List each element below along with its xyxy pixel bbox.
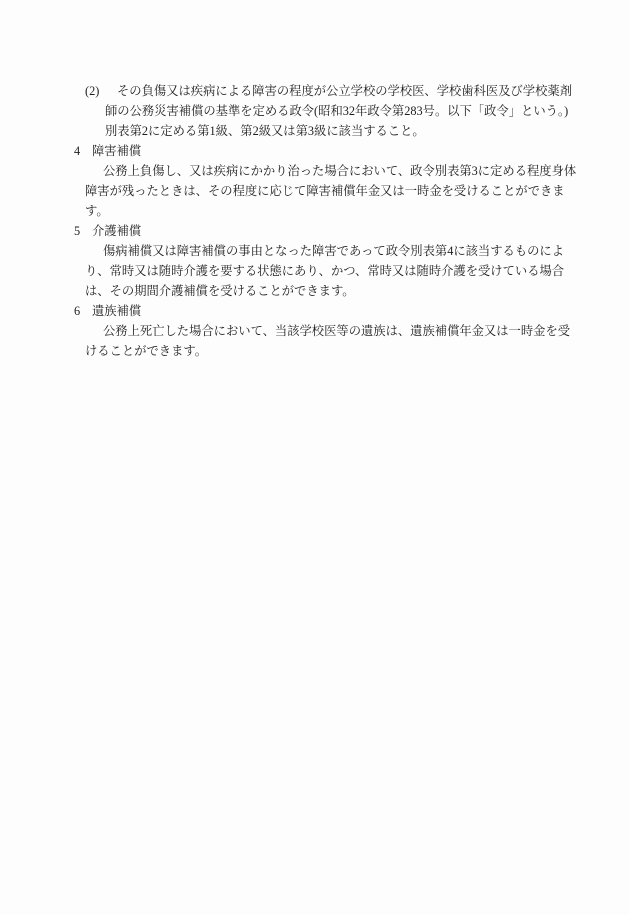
section-6-number: 6 <box>74 301 92 321</box>
section-4-title: 障害補償 <box>92 144 141 158</box>
section-4-number: 4 <box>74 141 92 161</box>
section-4-body: 公務上負傷し、又は疾病にかかり治った場合において、政令別表第3に定める程度身体 <box>0 161 630 181</box>
clause-2-text: 別表第2に定める第1級、第2級又は第3級に該当すること。 <box>0 121 630 141</box>
section-4-body: す。 <box>0 201 630 221</box>
section-5-body: り、常時又は随時介護を要する状態にあり、かつ、常時又は随時介護を受けている場合 <box>0 261 630 281</box>
section-5-body: 傷病補償又は障害補償の事由となった障害であって政令別表第4に該当するものによ <box>0 241 630 261</box>
section-4-heading: 4障害補償 <box>0 141 630 161</box>
section-4-body: 障害が残ったときは、その程度に応じて障害補償年金又は一時金を受けることができま <box>0 181 630 201</box>
section-6-title: 遺族補償 <box>92 304 141 318</box>
clause-2-marker: (2) <box>85 81 117 101</box>
section-5-number: 5 <box>74 221 92 241</box>
section-6-body: 公務上死亡した場合において、当該学校医等の遺族は、遺族補償年金又は一時金を受 <box>0 321 630 341</box>
section-6-body: けることができます。 <box>0 341 630 361</box>
section-5-title: 介護補償 <box>92 224 141 238</box>
section-5-body: は、その期間介護補償を受けることができます。 <box>0 281 630 301</box>
clause-2-text: その負傷又は疾病による障害の程度が公立学校の学校医、学校歯科医及び学校薬剤 <box>117 84 572 98</box>
section-6-heading: 6遺族補償 <box>0 301 630 321</box>
clause-2-line: (2)その負傷又は疾病による障害の程度が公立学校の学校医、学校歯科医及び学校薬剤 <box>0 81 630 101</box>
document-page: (2)その負傷又は疾病による障害の程度が公立学校の学校医、学校歯科医及び学校薬剤… <box>0 81 630 361</box>
clause-2-text: 師の公務災害補償の基準を定める政令(昭和32年政令第283号。以下「政令」という… <box>0 101 630 121</box>
section-5-heading: 5介護補償 <box>0 221 630 241</box>
